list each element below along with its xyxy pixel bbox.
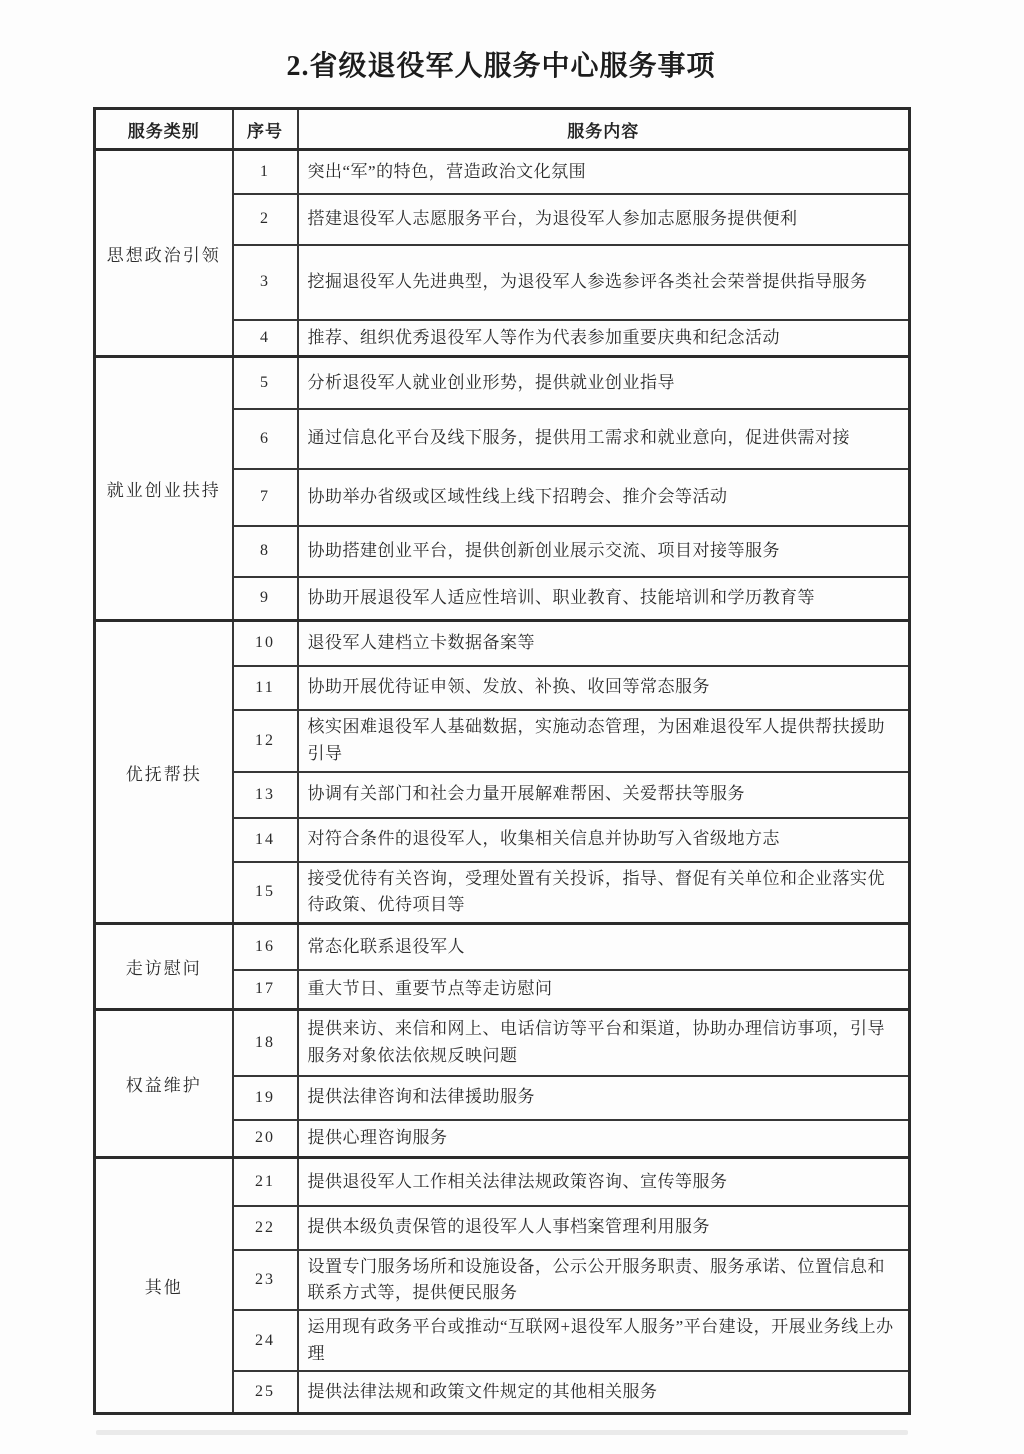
table-row: 就业创业扶持 5 分析退役军人就业创业形势，提供就业创业指导 xyxy=(95,357,910,409)
index-cell: 19 xyxy=(233,1076,298,1120)
content-cell: 搭建退役军人志愿服务平台，为退役军人参加志愿服务提供便利 xyxy=(298,194,910,245)
content-cell: 运用现有政务平台或推动“互联网+退役军人服务”平台建设，开展业务线上办理 xyxy=(298,1310,910,1371)
content-cell: 接受优待有关咨询，受理处置有关投诉，指导、督促有关单位和企业落实优待政策、优待项… xyxy=(298,862,910,924)
content-cell: 提供心理咨询服务 xyxy=(298,1120,910,1158)
content-cell: 分析退役军人就业创业形势，提供就业创业指导 xyxy=(298,357,910,409)
category-cell: 就业创业扶持 xyxy=(95,357,233,621)
content-cell: 设置专门服务场所和设施设备，公示公开服务职责、服务承诺、位置信息和联系方式等，提… xyxy=(298,1250,910,1311)
table-header-row: 服务类别 序号 服务内容 xyxy=(95,109,910,150)
scan-artifact-line xyxy=(96,1430,908,1435)
table-row: 权益维护 18 提供来访、来信和网上、电话信访等平台和渠道，协助办理信访事项，引… xyxy=(95,1010,910,1076)
index-cell: 18 xyxy=(233,1010,298,1076)
category-cell: 思想政治引领 xyxy=(95,150,233,357)
content-cell: 挖掘退役军人先进典型，为退役军人参选参评各类社会荣誉提供指导服务 xyxy=(298,245,910,320)
header-index: 序号 xyxy=(233,109,298,150)
index-cell: 23 xyxy=(233,1250,298,1311)
content-cell: 提供法律法规和政策文件规定的其他相关服务 xyxy=(298,1371,910,1414)
index-cell: 12 xyxy=(233,710,298,772)
category-cell: 优抚帮扶 xyxy=(95,621,233,924)
content-cell: 协助搭建创业平台，提供创新创业展示交流、项目对接等服务 xyxy=(298,526,910,577)
index-cell: 6 xyxy=(233,409,298,469)
table-row: 思想政治引领 1 突出“军”的特色，营造政治文化氛围 xyxy=(95,150,910,194)
index-cell: 16 xyxy=(233,924,298,970)
content-cell: 通过信息化平台及线下服务，提供用工需求和就业意向，促进供需对接 xyxy=(298,409,910,469)
content-cell: 协助举办省级或区域性线上线下招聘会、推介会等活动 xyxy=(298,469,910,526)
document-page: 2.省级退役军人服务中心服务事项 服务类别 序号 服务内容 思想政治引领 1 突… xyxy=(0,0,1024,1454)
content-cell: 协调有关部门和社会力量开展解难帮困、关爱帮扶等服务 xyxy=(298,772,910,818)
index-cell: 22 xyxy=(233,1206,298,1250)
category-cell: 其他 xyxy=(95,1158,233,1414)
header-service-category: 服务类别 xyxy=(95,109,233,150)
index-cell: 25 xyxy=(233,1371,298,1414)
index-cell: 11 xyxy=(233,666,298,710)
index-cell: 20 xyxy=(233,1120,298,1158)
table-row: 优抚帮扶 10 退役军人建档立卡数据备案等 xyxy=(95,621,910,666)
index-cell: 9 xyxy=(233,577,298,621)
index-cell: 7 xyxy=(233,469,298,526)
service-items-table: 服务类别 序号 服务内容 思想政治引领 1 突出“军”的特色，营造政治文化氛围 … xyxy=(93,107,911,1415)
content-cell: 提供本级负责保管的退役军人人事档案管理利用服务 xyxy=(298,1206,910,1250)
table-row: 走访慰问 16 常态化联系退役军人 xyxy=(95,924,910,970)
header-service-content: 服务内容 xyxy=(298,109,910,150)
content-cell: 提供来访、来信和网上、电话信访等平台和渠道，协助办理信访事项，引导服务对象依法依… xyxy=(298,1010,910,1076)
content-cell: 突出“军”的特色，营造政治文化氛围 xyxy=(298,150,910,194)
content-cell: 退役军人建档立卡数据备案等 xyxy=(298,621,910,666)
content-cell: 重大节日、重要节点等走访慰问 xyxy=(298,970,910,1010)
index-cell: 15 xyxy=(233,862,298,924)
index-cell: 1 xyxy=(233,150,298,194)
index-cell: 2 xyxy=(233,194,298,245)
index-cell: 13 xyxy=(233,772,298,818)
content-cell: 协助开展退役军人适应性培训、职业教育、技能培训和学历教育等 xyxy=(298,577,910,621)
category-cell: 走访慰问 xyxy=(95,924,233,1010)
content-cell: 提供法律咨询和法律援助服务 xyxy=(298,1076,910,1120)
index-cell: 3 xyxy=(233,245,298,320)
content-cell: 提供退役军人工作相关法律法规政策咨询、宣传等服务 xyxy=(298,1158,910,1206)
content-cell: 核实困难退役军人基础数据，实施动态管理，为困难退役军人提供帮扶援助引导 xyxy=(298,710,910,772)
category-cell: 权益维护 xyxy=(95,1010,233,1158)
content-cell: 协助开展优待证申领、发放、补换、收回等常态服务 xyxy=(298,666,910,710)
content-cell: 对符合条件的退役军人，收集相关信息并协助写入省级地方志 xyxy=(298,818,910,862)
content-cell: 常态化联系退役军人 xyxy=(298,924,910,970)
index-cell: 21 xyxy=(233,1158,298,1206)
index-cell: 17 xyxy=(233,970,298,1010)
index-cell: 14 xyxy=(233,818,298,862)
index-cell: 8 xyxy=(233,526,298,577)
content-cell: 推荐、组织优秀退役军人等作为代表参加重要庆典和纪念活动 xyxy=(298,320,910,357)
index-cell: 4 xyxy=(233,320,298,357)
index-cell: 24 xyxy=(233,1310,298,1371)
table-row: 其他 21 提供退役军人工作相关法律法规政策咨询、宣传等服务 xyxy=(95,1158,910,1206)
index-cell: 10 xyxy=(233,621,298,666)
index-cell: 5 xyxy=(233,357,298,409)
document-title: 2.省级退役军人服务中心服务事项 xyxy=(0,44,1013,84)
